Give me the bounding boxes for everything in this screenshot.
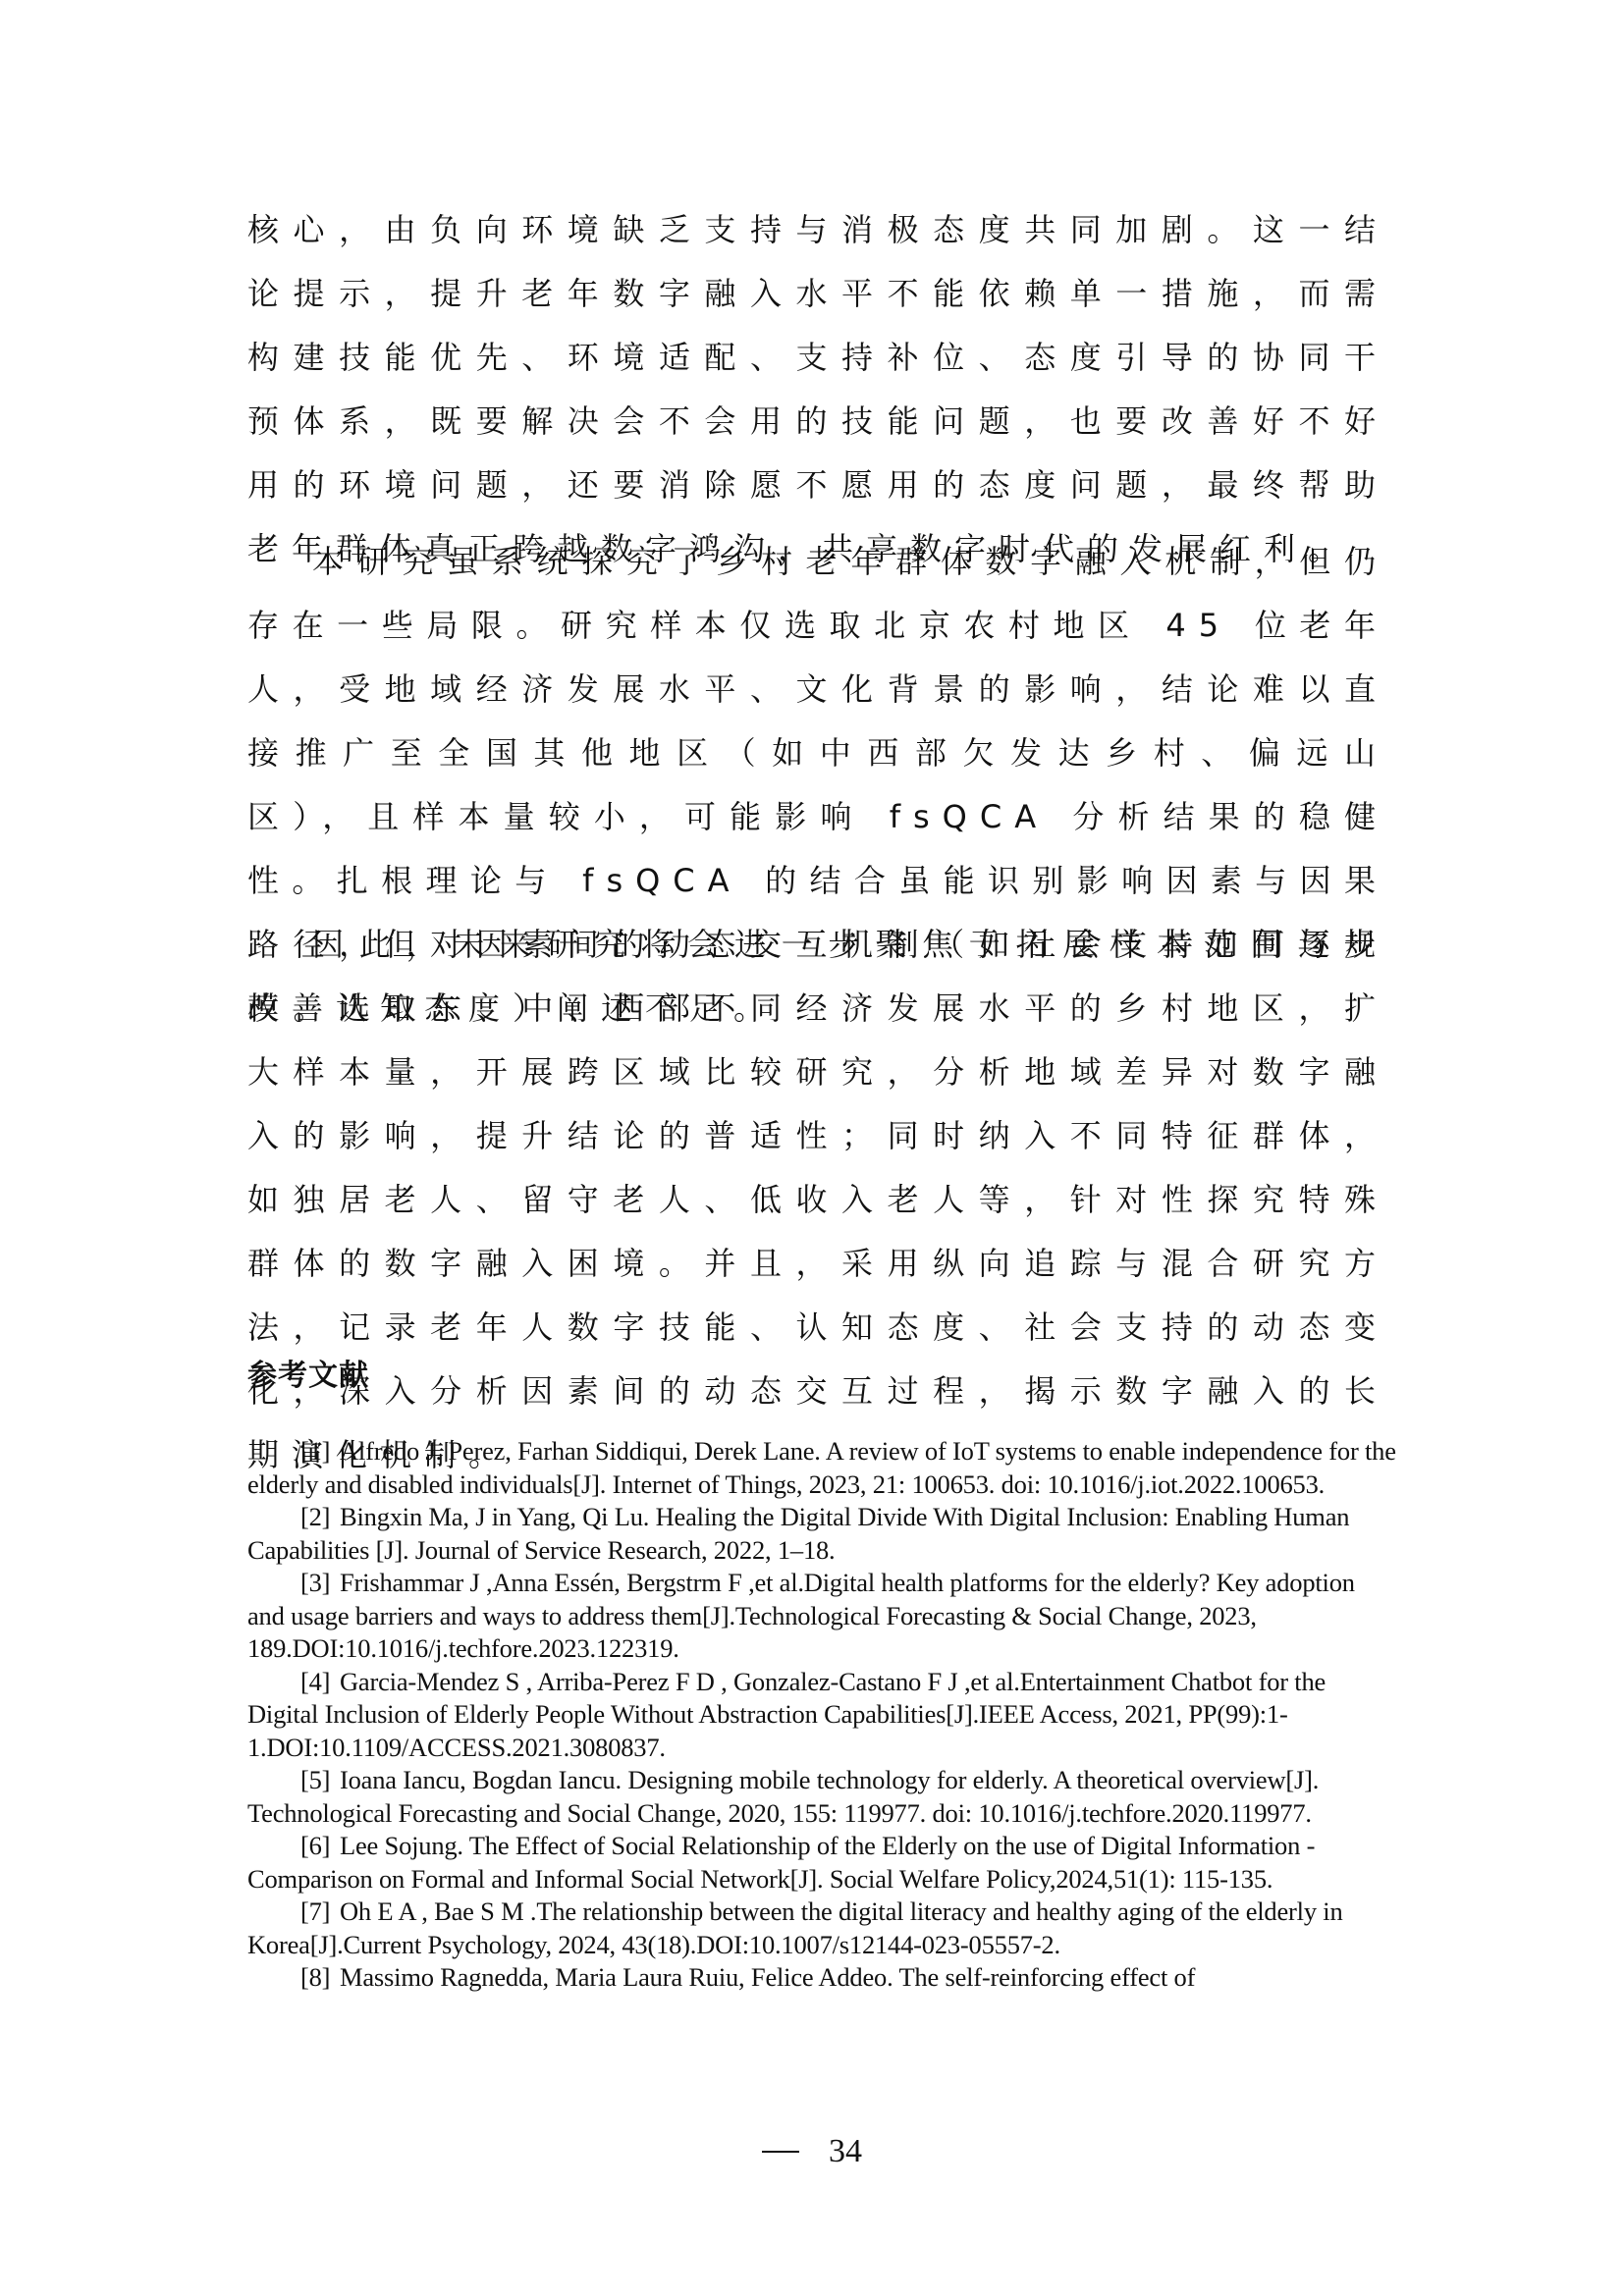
reference-number: [3]	[300, 1567, 340, 1600]
reference-item-4: [4]Garcia-Mendez S , Arriba-Perez F D , …	[247, 1666, 1396, 1765]
reference-item-7: [7]Oh E A , Bae S M .The relationship be…	[247, 1896, 1396, 1961]
reference-item-3: [3]Frishammar J ,Anna Essén, Bergstrm F …	[247, 1567, 1396, 1666]
reference-text: Bingxin Ma, J in Yang, Qi Lu. Healing th…	[247, 1502, 1349, 1565]
reference-item-5: [5]Ioana Iancu, Bogdan Iancu. Designing …	[247, 1764, 1396, 1830]
body-paragraph-1: 核心，由负向环境缺乏支持与消极态度共同加剧。这一结论提示，提升老年数字融入水平不…	[247, 198, 1388, 581]
reference-number: [7]	[300, 1896, 340, 1929]
body-paragraph-3: 因此，未来研究将会进一步聚焦于拓展样本范围与规模。选取东、中、西部不同经济发展水…	[247, 913, 1388, 1487]
reference-item-1: [1]Alfredo J. Perez, Farhan Siddiqui, De…	[247, 1435, 1396, 1501]
reference-text: Oh E A , Bae S M .The relationship betwe…	[247, 1896, 1343, 1959]
references-heading: 参考文献	[247, 1355, 369, 1398]
reference-text: Massimo Ragnedda, Maria Laura Ruiu, Feli…	[340, 1962, 1195, 1992]
reference-item-2: [2]Bingxin Ma, J in Yang, Qi Lu. Healing…	[247, 1501, 1396, 1567]
reference-number: [1]	[300, 1435, 340, 1468]
page-number-dash	[762, 2151, 799, 2153]
reference-list: [1]Alfredo J. Perez, Farhan Siddiqui, De…	[247, 1435, 1396, 1995]
reference-number: [6]	[300, 1830, 340, 1863]
reference-text: Garcia-Mendez S , Arriba-Perez F D , Gon…	[247, 1667, 1326, 1762]
reference-text: Ioana Iancu, Bogdan Iancu. Designing mob…	[247, 1765, 1319, 1828]
page-number: 34	[829, 2133, 862, 2169]
reference-number: [5]	[300, 1764, 340, 1797]
page-footer: 34	[0, 2132, 1624, 2171]
reference-number: [2]	[300, 1501, 340, 1534]
reference-item-8: [8]Massimo Ragnedda, Maria Laura Ruiu, F…	[247, 1961, 1396, 1995]
reference-text: Frishammar J ,Anna Essén, Bergstrm F ,et…	[247, 1568, 1355, 1663]
reference-text: Alfredo J. Perez, Farhan Siddiqui, Derek…	[247, 1436, 1396, 1499]
reference-item-6: [6]Lee Sojung. The Effect of Social Rela…	[247, 1830, 1396, 1896]
reference-text: Lee Sojung. The Effect of Social Relatio…	[247, 1831, 1315, 1894]
reference-number: [8]	[300, 1961, 340, 1995]
reference-number: [4]	[300, 1666, 340, 1699]
